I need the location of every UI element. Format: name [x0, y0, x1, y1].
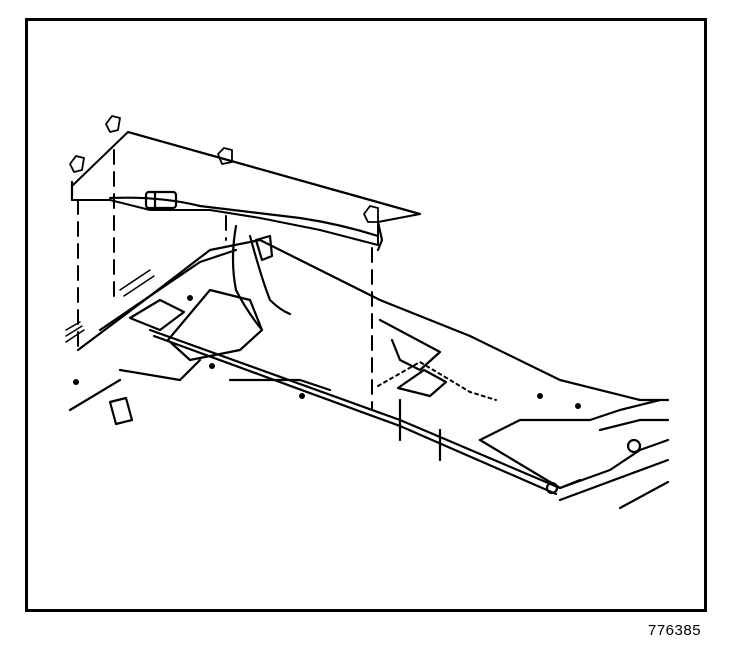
figure-number: 776385: [648, 622, 701, 639]
cowl-panel-illustration: [0, 0, 752, 658]
cowl-panel: [72, 132, 420, 250]
dotted-outline: [378, 362, 496, 400]
hatching: [66, 270, 154, 342]
clips: [70, 116, 378, 222]
lower-cowl: [70, 226, 668, 508]
